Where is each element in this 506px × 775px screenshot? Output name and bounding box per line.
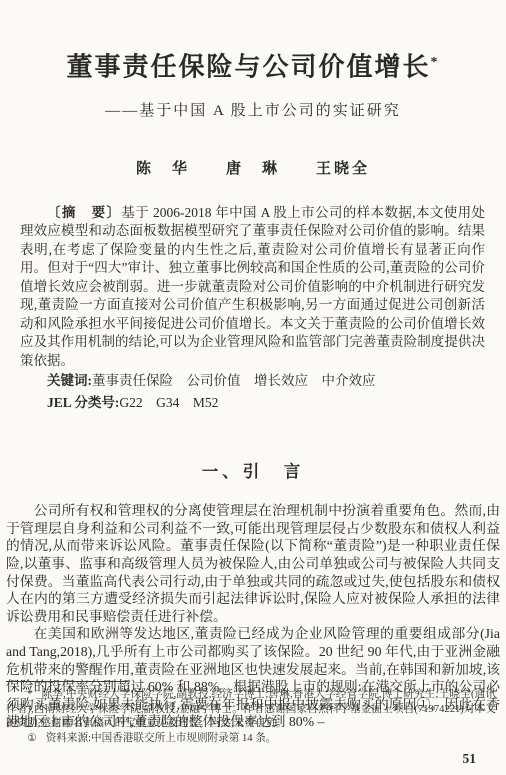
- keywords-text: 董事责任保险 公司价值 增长效应 中介效应: [92, 373, 376, 388]
- footnote-divider: [6, 681, 128, 682]
- asterisk-footnote-marker: *: [27, 689, 32, 700]
- abstract-text: 基于 2006-2018 年中国 A 股上市公司的样本数据,本文使用处理效应模型…: [20, 205, 485, 368]
- jel-label: JEL 分类号:: [47, 395, 119, 410]
- paper-subtitle: ——基于中国 A 股上市公司的实证研究: [6, 101, 500, 121]
- abstract-block: 〔摘 要〕基于 2006-2018 年中国 A 股上市公司的样本数据,本文使用处…: [20, 204, 485, 415]
- intro-paragraph-1: 公司所有权和管理权的分离使管理层在治理机制中扮演着重要角色。然而,由于管理层自身…: [6, 502, 500, 625]
- jel-text: G22 G34 M52: [119, 395, 218, 410]
- jel-line: JEL 分类号:G22 G34 M52: [20, 392, 485, 414]
- paper-page: 董事责任保险与公司价值增长* ——基于中国 A 股上市公司的实证研究 陈 华 唐…: [0, 0, 506, 775]
- page-number: 51: [463, 751, 477, 767]
- keywords-label: 关键词:: [47, 373, 92, 388]
- title-footnote-marker: *: [431, 55, 440, 70]
- source-footnote-text: 资料来源:中国香港联交所上市规则附录第 14 条。: [46, 733, 277, 744]
- author-names: 陈 华 唐 琳 王晓全: [6, 157, 500, 178]
- circled-one-footnote-marker: ①: [27, 733, 37, 744]
- footnote-area: *陈华,中央财经大学保险学院,副教授,经济学博士;唐琳,香港大学经管学院,博士研…: [6, 681, 496, 746]
- source-footnote: ①资料来源:中国香港联交所上市规则附录第 14 条。: [6, 732, 496, 747]
- author-affiliation-footnote: *陈华,中央财经大学保险学院,副教授,经济学博士;唐琳,香港大学经管学院,博士研…: [6, 688, 496, 732]
- paper-title-text: 董事责任保险与公司价值增长: [66, 53, 430, 82]
- keywords-line: 关键词:董事责任保险 公司价值 增长效应 中介效应: [20, 370, 485, 392]
- section-heading-introduction: 一、引 言: [6, 458, 500, 482]
- abstract-label: 〔摘 要〕: [47, 205, 121, 220]
- abstract-paragraph: 〔摘 要〕基于 2006-2018 年中国 A 股上市公司的样本数据,本文使用处…: [20, 204, 485, 371]
- paper-title: 董事责任保险与公司价值增长*: [6, 48, 500, 83]
- author-affiliation-footnote-text: 陈华,中央财经大学保险学院,副教授,经济学博士;唐琳,香港大学经管学院,博士研究…: [6, 689, 496, 729]
